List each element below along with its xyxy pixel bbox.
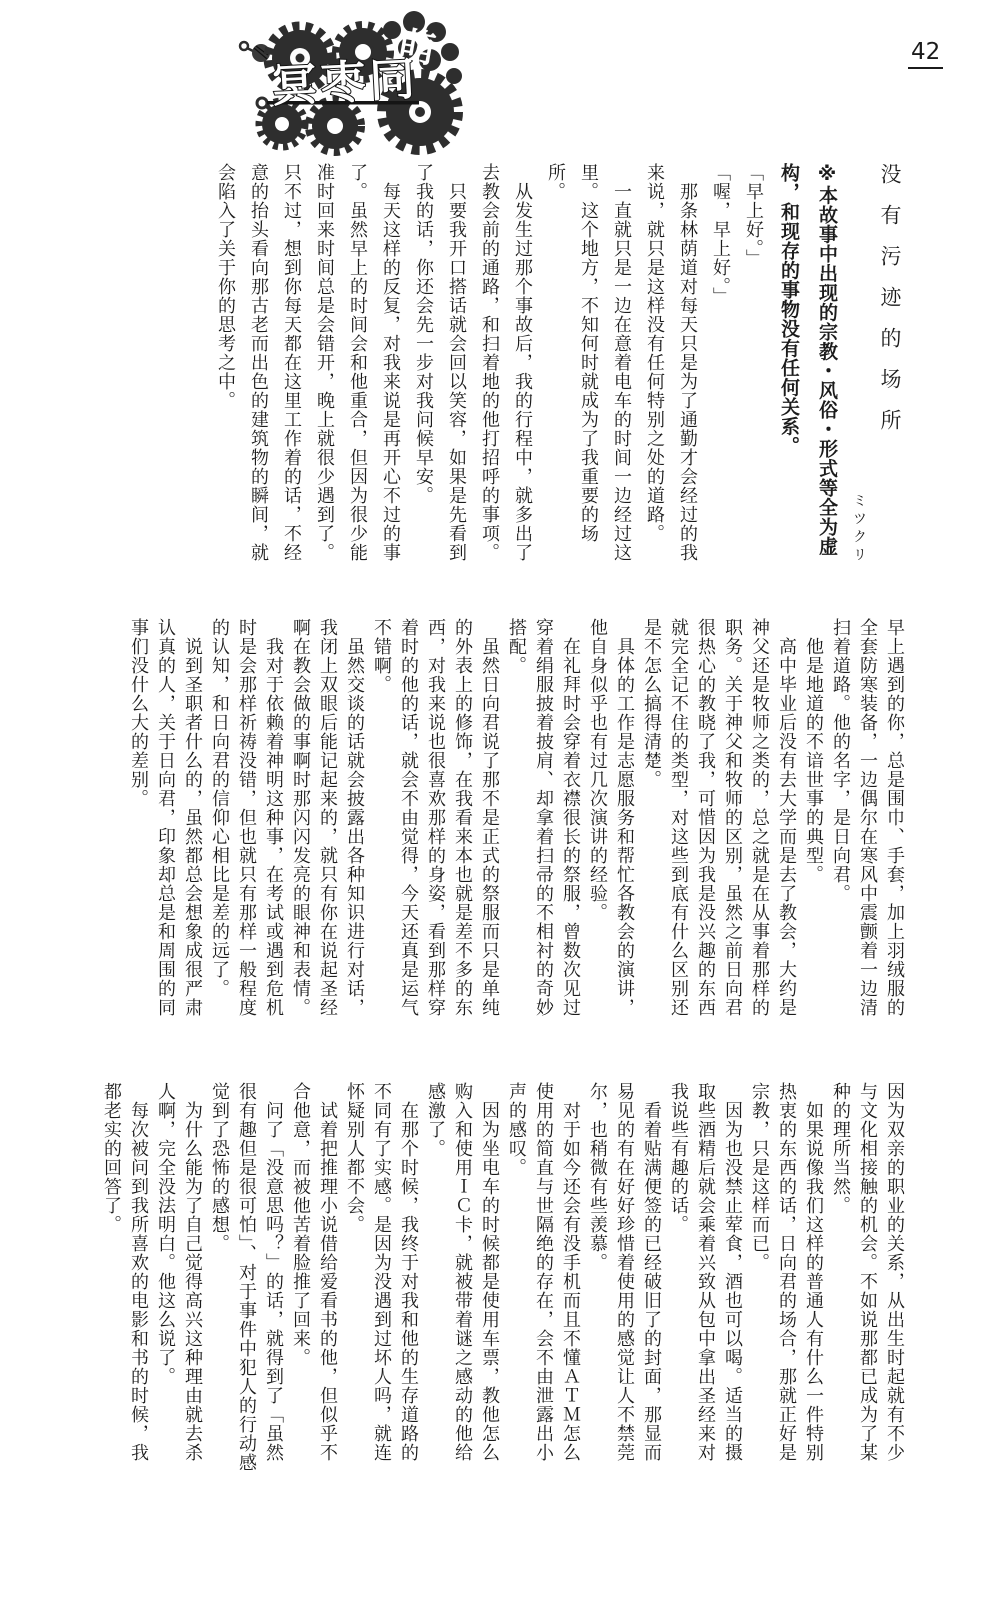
doujinshi-novel-page: { "page": { "number": "42", "logo": { "g… bbox=[0, 0, 1000, 1601]
paragraph: 试着把推理小说借给爱看书的他，但似乎不合他意，而被他苦着脸推了回来。 bbox=[287, 1082, 341, 1480]
page-number: 42 bbox=[908, 40, 943, 69]
disclaimer-note: ※本故事中出现的宗教・风俗・形式等全为虚构，和现存的事物没有任何关系。 bbox=[770, 163, 846, 565]
paragraph: 早上遇到的你，总是围巾、手套，加上羽绒服的全套防寒装备，一边偶尔在寒风中震颤着一… bbox=[827, 618, 908, 1018]
paragraph: 虽然交谈的话就会披露出各种知识进行对话，我闭上双眼后能记起来的，就只有你在说起圣… bbox=[287, 618, 368, 1018]
bottom-text-band: 因为双亲的职业的关系，从出生时起就有不少与文化相接触的机会。不如说那都已成为了某… bbox=[98, 1082, 908, 1480]
paragraph: 在那个时候，我终于对我和他的生存道路的不同有了实感。是因为没遇到过坏人吗，就连怀… bbox=[341, 1082, 422, 1480]
paragraph: 一直就只是一边在意着电车的时间一边经过这里。这个地方，不知何时就成为了我重要的场… bbox=[539, 163, 638, 565]
logo-text-solid: 萌 bbox=[395, 23, 439, 72]
middle-text-band: 早上遇到的你，总是围巾、手套，加上羽绒服的全套防寒装备，一边偶尔在寒风中震颤着一… bbox=[125, 618, 908, 1018]
paragraph: 虽然日向君说了那不是正式的祭服而只是单纯的外表上的修饰，在我看来本也就是差不多的… bbox=[368, 618, 503, 1018]
paragraph: 在礼拜时会穿着衣襟很长的祭服，曾数次见过穿着绢服披着披肩、却拿着扫帚的不相衬的奇… bbox=[503, 618, 584, 1018]
paragraph: 因为也没禁止荤食，酒也可以喝。适当的摄取些酒精后就会乘着兴致从包中拿出圣经来对我… bbox=[665, 1082, 746, 1480]
paragraph: 每次被问到我所喜欢的电影和书的时候，我都老实的回答了。 bbox=[98, 1082, 152, 1480]
paragraph: 对于如今还会有没手机而且不懂ＡＴＭ怎么使用的简直与世隔绝的存在，会不由泄露出小声… bbox=[503, 1082, 584, 1480]
paragraph: 高中毕业后没有去大学而是去了教会，大约是神父还是牧师之类的，总之就是在从事着那样… bbox=[638, 618, 800, 1018]
paragraph: 「喔，早上好。」 bbox=[704, 163, 737, 565]
paragraph: 具体的工作是志愿服务和帮忙各教会的演讲，他自身似乎也有过几次演讲的经验。 bbox=[584, 618, 638, 1018]
paragraph: 「早上好。」 bbox=[737, 163, 770, 565]
story-title: 没有污迹的场所 bbox=[872, 163, 908, 565]
paragraph: 如果说像我们这样的普通人有什么一件特别热衷的东西的话，日向君的场合，那就正好是宗… bbox=[746, 1082, 827, 1480]
paragraph: 说到圣职者什么的，虽然都总会想象成很严肃认真的人，关于日向君，印象却总是和周围的… bbox=[125, 618, 206, 1018]
author-name: ミツクリ bbox=[846, 163, 872, 565]
paragraph: 因为双亲的职业的关系，从出生时起就有不少与文化相接触的机会。不如说那都已成为了某… bbox=[827, 1082, 908, 1480]
gears-logo-graphic: 冥枣同 萌 bbox=[222, 8, 472, 158]
paragraph: 因为坐电车的时候都是使用车票，教他怎么购入和使用ＩＣ卡，就被带着谜之感动的他给感… bbox=[422, 1082, 503, 1480]
paragraph: 那条林荫道对每天只是为了通勤才会经过的我来说，就只是这样没有任何特别之处的道路。 bbox=[638, 163, 704, 565]
paragraph: 从发生过那个事故后，我的行程中，就多出了去教会前的通路，和扫着地的他打招呼的事项… bbox=[473, 163, 539, 565]
top-text-band: 没有污迹的场所 ミツクリ ※本故事中出现的宗教・风俗・形式等全为虚构，和现存的事… bbox=[209, 163, 908, 565]
paragraph: 只要我开口搭话就会回以笑容，如果是先看到了我的话，你还会先一步对我问候早安。 bbox=[407, 163, 473, 565]
paragraph: 他是地道的不谙世事的典型。 bbox=[800, 618, 827, 1018]
paragraph: 每天这样的反复，对我来说是再开心不过的事了。虽然早上的时间会和他重合，但因为很少… bbox=[209, 163, 407, 565]
paragraph: 为什么能为了自己觉得高兴这种理由就去杀人啊，完全没法明白。他这么说了。 bbox=[152, 1082, 206, 1480]
paragraph: 问了「没意思吗？」的话，就得到了「虽然很有趣但是很可怕」、对于事件中犯人的行动感… bbox=[206, 1082, 287, 1480]
ring-icon bbox=[257, 98, 267, 108]
paragraph: 看着贴满便签的已经破旧了的封面，那显而易见的有在好好珍惜着使用的感觉让人不禁莞尔… bbox=[584, 1082, 665, 1480]
paragraph: 我对于依赖着神明这种事，在考试或遇到危机时是会那样祈祷没错，但也就只有那样一般程… bbox=[206, 618, 287, 1018]
scanlation-group-logo: 冥枣同 萌 bbox=[222, 8, 472, 158]
